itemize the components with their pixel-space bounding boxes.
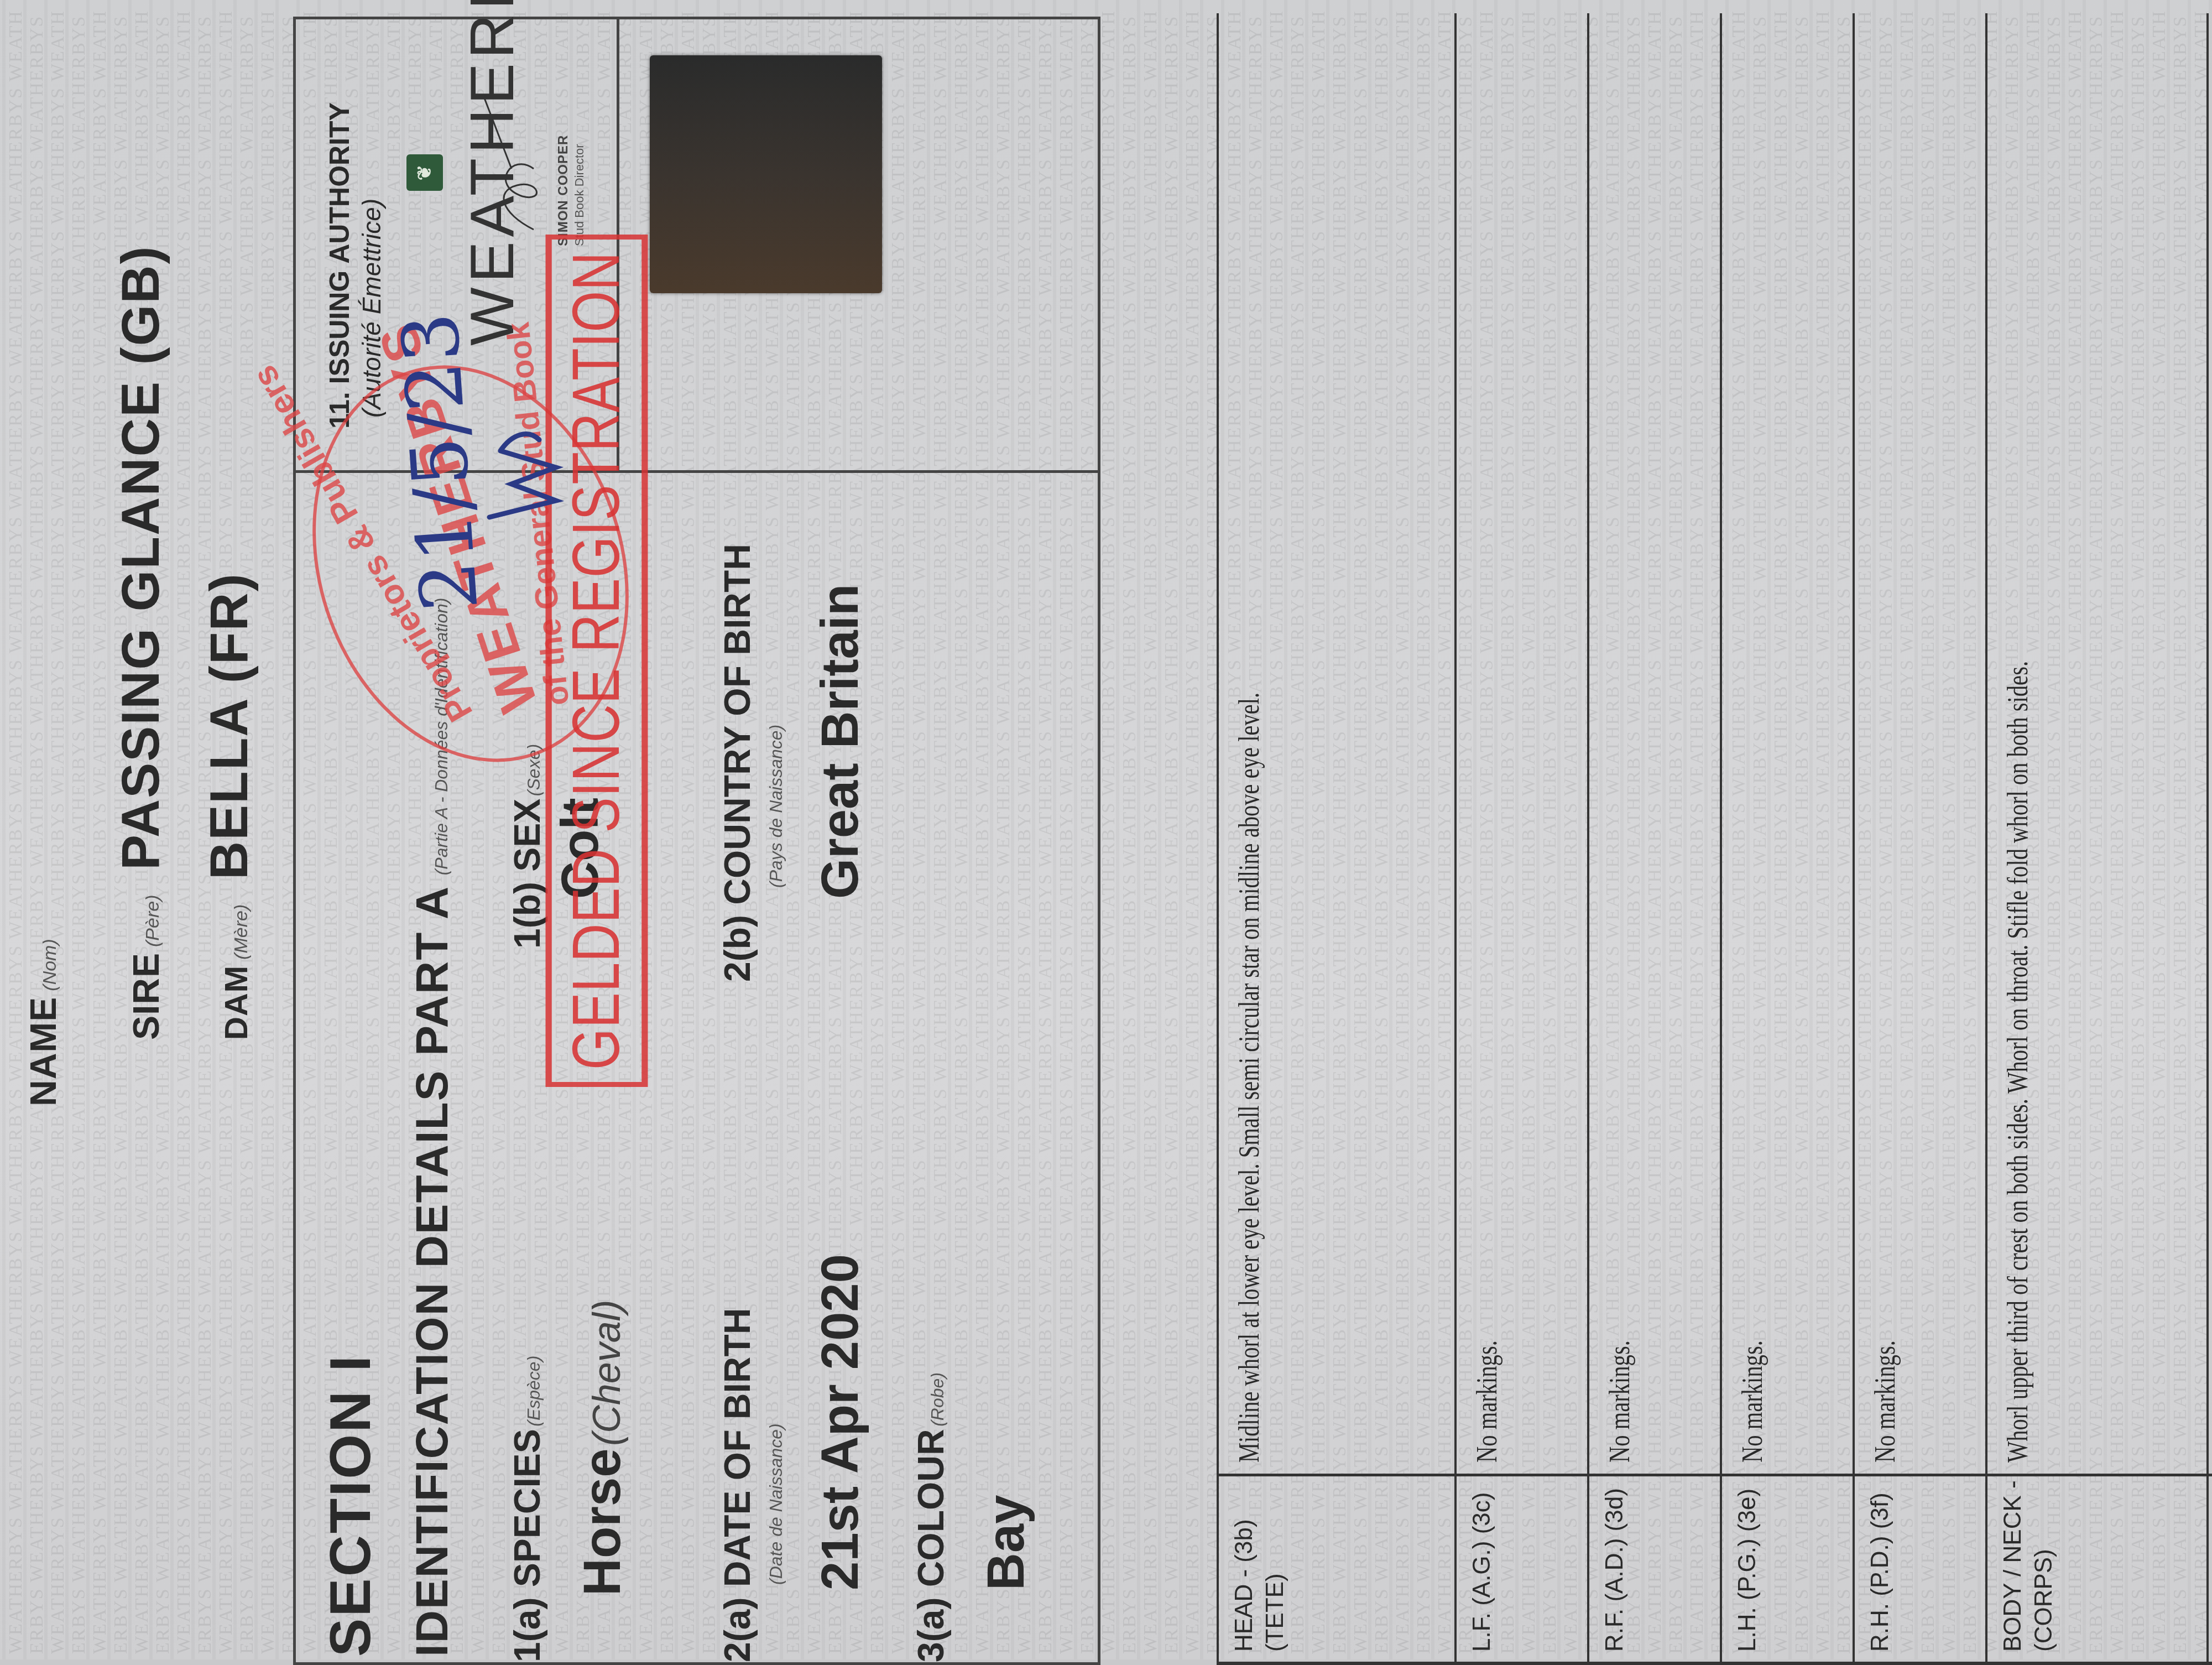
sex-label: 1(b) SEX: [507, 799, 547, 949]
signatory-name: SIMON COOPER: [556, 135, 571, 246]
markings-row: BODY / NECK - (CORPS)Whorl upper third o…: [1985, 13, 2209, 1659]
country-label: 2(b) COUNTRY OF BIRTH: [717, 544, 758, 982]
dam-value: BELLA (FR): [200, 573, 259, 880]
sire-label-fr: (Père): [142, 894, 163, 946]
colour-value: Bay: [976, 1495, 1036, 1590]
markings-row-value: No markings.: [1869, 341, 1902, 1463]
section-title: SECTION I: [318, 1354, 384, 1657]
name-label-fr: (Nom): [39, 939, 60, 991]
gelded-stamp: GELDED SINCE REGISTRATION: [546, 235, 648, 1087]
markings-row-label: R.F. (A.D.) (3d): [1589, 1474, 1722, 1659]
colour-label: 3(a) COLOUR: [910, 1429, 951, 1659]
markings-row-label: L.H. (P.G.) (3e): [1722, 1474, 1855, 1659]
species-label-fr: (Espèce): [524, 1356, 544, 1427]
markings-row-value: Whorl upper third of crest on both sides…: [2002, 341, 2034, 1463]
species-value-fr: (Cheval): [585, 1300, 628, 1447]
markings-row: R.F. (A.D.) (3d)No markings.: [1587, 13, 1722, 1659]
markings-table: HEAD - (3b) (TETE)Midline whorl at lower…: [1217, 13, 2212, 1659]
species-field: 1(a) SPECIES (Espèce): [506, 1356, 548, 1659]
markings-row: HEAD - (3b) (TETE)Midline whorl at lower…: [1217, 13, 1457, 1659]
dam-row: DAM(Mère) BELLA (FR): [199, 573, 260, 1040]
sire-value: PASSING GLANCE (GB): [111, 245, 170, 870]
dob-field: 2(a) DATE OF BIRTH: [716, 1308, 758, 1659]
markings-row-label: L.F. (A.G.) (3c): [1457, 1474, 1589, 1659]
markings-row: MARKINGS (3h) (MARQUES)None.: [2206, 13, 2212, 1659]
horse-passport-page: WEATHERBYS WEATHERBYS WEATHERBYS WEATHER…: [0, 0, 2212, 1659]
markings-row: L.H. (P.G.) (3e)No markings.: [1720, 13, 1855, 1659]
markings-row-label: HEAD - (3b) (TETE): [1219, 1474, 1457, 1659]
section-subtitle: IDENTIFICATION DETAILS PART A: [407, 886, 457, 1657]
section-subtitle-row: IDENTIFICATION DETAILS PART A (Partie A …: [406, 598, 458, 1657]
markings-row: L.F. (A.G.) (3c)No markings.: [1454, 13, 1589, 1659]
signature-scribble: [478, 91, 556, 235]
colour-label-fr: (Robe): [927, 1372, 947, 1427]
dob-label: 2(a) DATE OF BIRTH: [717, 1308, 758, 1659]
authority-title: 11. ISSUING AUTHORITY: [324, 102, 356, 429]
country-label-fr: (Pays de Naissance): [766, 725, 786, 888]
country-field: 2(b) COUNTRY OF BIRTH: [716, 544, 758, 982]
name-label: NAME: [23, 997, 64, 1106]
dob-label-fr: (Date de Naissance): [766, 1423, 786, 1585]
sire-label: SIRE: [126, 953, 166, 1040]
weatherbys-logo-icon: ❦: [406, 154, 443, 191]
handwritten-initials: [478, 401, 567, 523]
identification-box: SECTION I IDENTIFICATION DETAILS PART A …: [293, 17, 1100, 1659]
markings-row-value: Midline whorl at lower eye level. Small …: [1233, 341, 1266, 1463]
markings-row-label: R.H. (P.D.) (3f): [1855, 1474, 1987, 1659]
sex-field: 1(b) SEX (Sexe): [506, 744, 548, 949]
dob-value: 21st Apr 2020: [810, 1254, 870, 1590]
dam-label: DAM: [218, 965, 254, 1040]
markings-row-label: BODY / NECK - (CORPS): [1987, 1474, 2209, 1659]
markings-row-value: No markings.: [1471, 341, 1504, 1463]
dam-label-fr: (Mère): [231, 904, 252, 960]
sire-row: SIRE(Père) PASSING GLANCE (GB): [111, 245, 171, 1040]
country-value: Great Britain: [810, 584, 870, 899]
markings-row-value: No markings.: [1604, 341, 1636, 1463]
signatory-role: Stud Book Director: [572, 144, 587, 246]
name-row: NAME(Nom): [22, 939, 64, 1106]
markings-row-value: No markings.: [1736, 341, 1769, 1463]
markings-row-label: MARKINGS (3h) (MARQUES): [2209, 1474, 2212, 1659]
microchip-patch: [650, 55, 882, 293]
species-label: 1(a) SPECIES: [507, 1429, 547, 1659]
species-value-row: Horse (Cheval): [572, 1300, 632, 1596]
colour-field: 3(a) COLOUR (Robe): [910, 1372, 952, 1659]
markings-row: R.H. (P.D.) (3f)No markings.: [1853, 13, 1987, 1659]
species-value: Horse: [573, 1449, 631, 1596]
